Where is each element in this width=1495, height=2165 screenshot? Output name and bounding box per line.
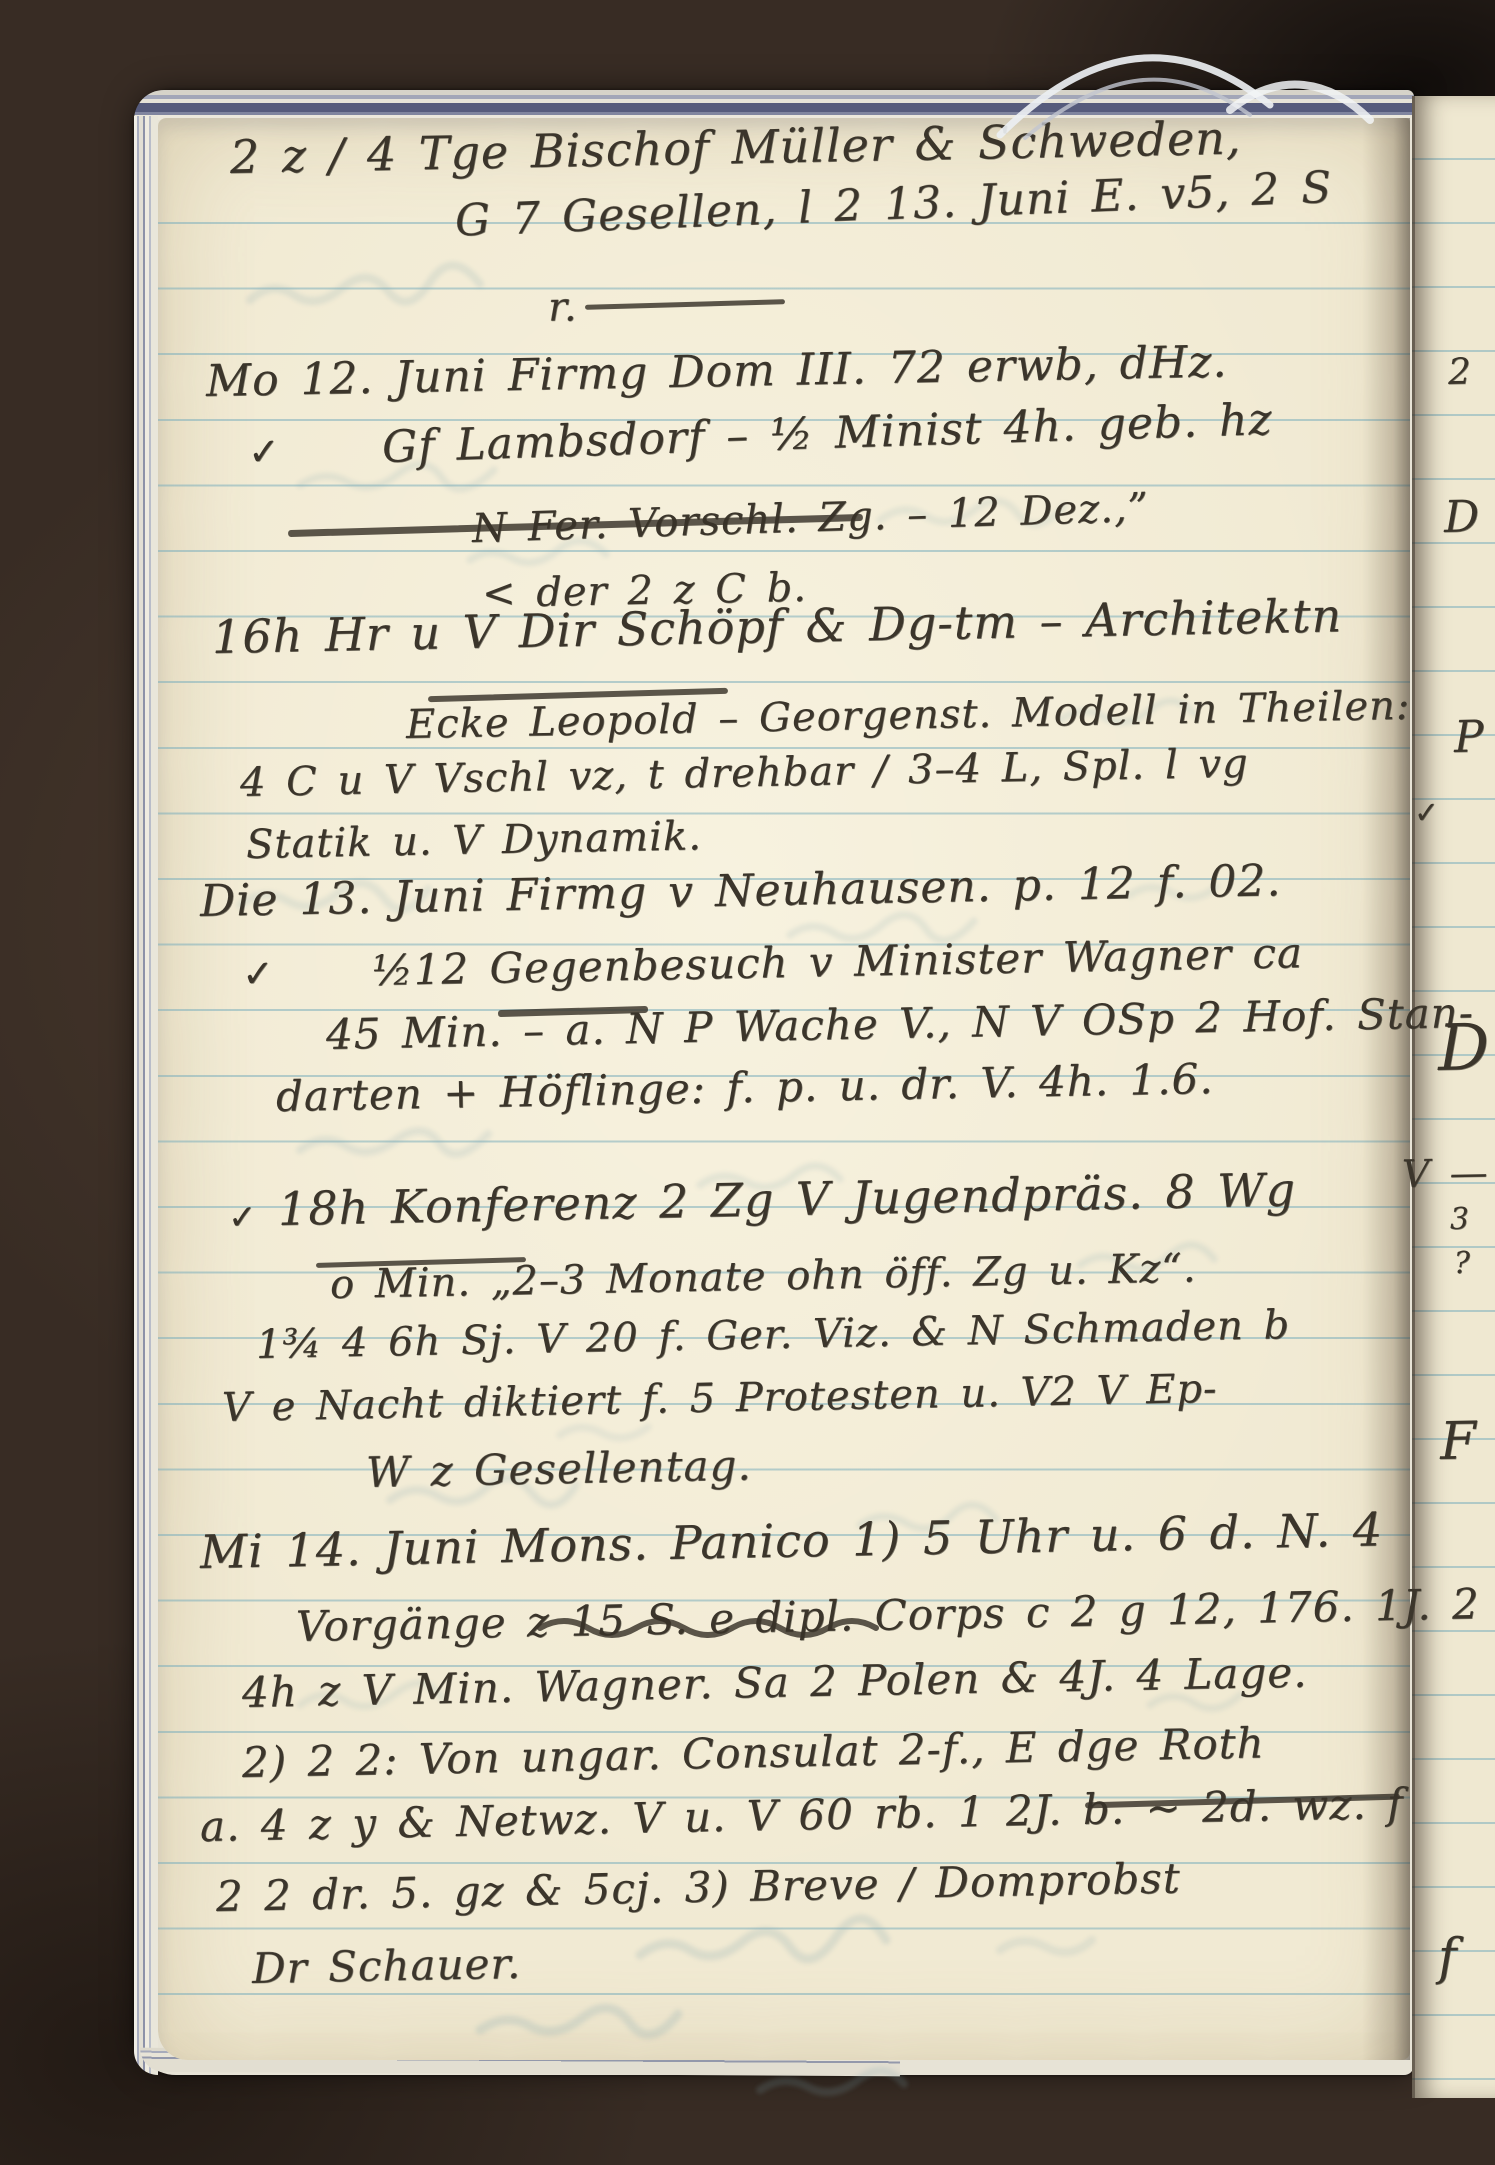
checkmark: ✓ xyxy=(228,1197,258,1238)
checkmark: ✓ xyxy=(248,429,282,474)
handwriting-line: W z Gesellentag. xyxy=(366,1441,753,1497)
adjacent-page-text-fragment: ? xyxy=(1454,1246,1472,1281)
checkmark: ✓ xyxy=(242,951,276,996)
adjacent-page-text-fragment: P xyxy=(1454,711,1486,763)
adjacent-page-text-fragment: V — xyxy=(1402,1150,1489,1196)
adjacent-page-text-fragment: 2 xyxy=(1448,352,1473,393)
handwriting-line: Dr Schauer. xyxy=(252,1939,522,1993)
wavy-underline-stroke xyxy=(535,1608,955,1648)
adjacent-page-text-fragment: D xyxy=(1444,491,1481,543)
adjacent-page-text-fragment: ✓ xyxy=(1414,796,1441,831)
photograph-of-diary-page: { "colors":{ "background":"#382c24", "pa… xyxy=(0,0,1495,2165)
page-curl-highlight xyxy=(980,10,1380,160)
adjacent-page-text-fragment: D xyxy=(1437,1011,1491,1086)
adjacent-page-text-fragment: 3 xyxy=(1450,1202,1471,1237)
handwriting-line: r. xyxy=(548,284,578,331)
adjacent-page-text-fragment: f xyxy=(1437,1928,1458,1986)
handwriting-line: Statik u. V Dynamik. xyxy=(246,813,703,868)
adjacent-page-text-fragment: F xyxy=(1439,1411,1477,1472)
